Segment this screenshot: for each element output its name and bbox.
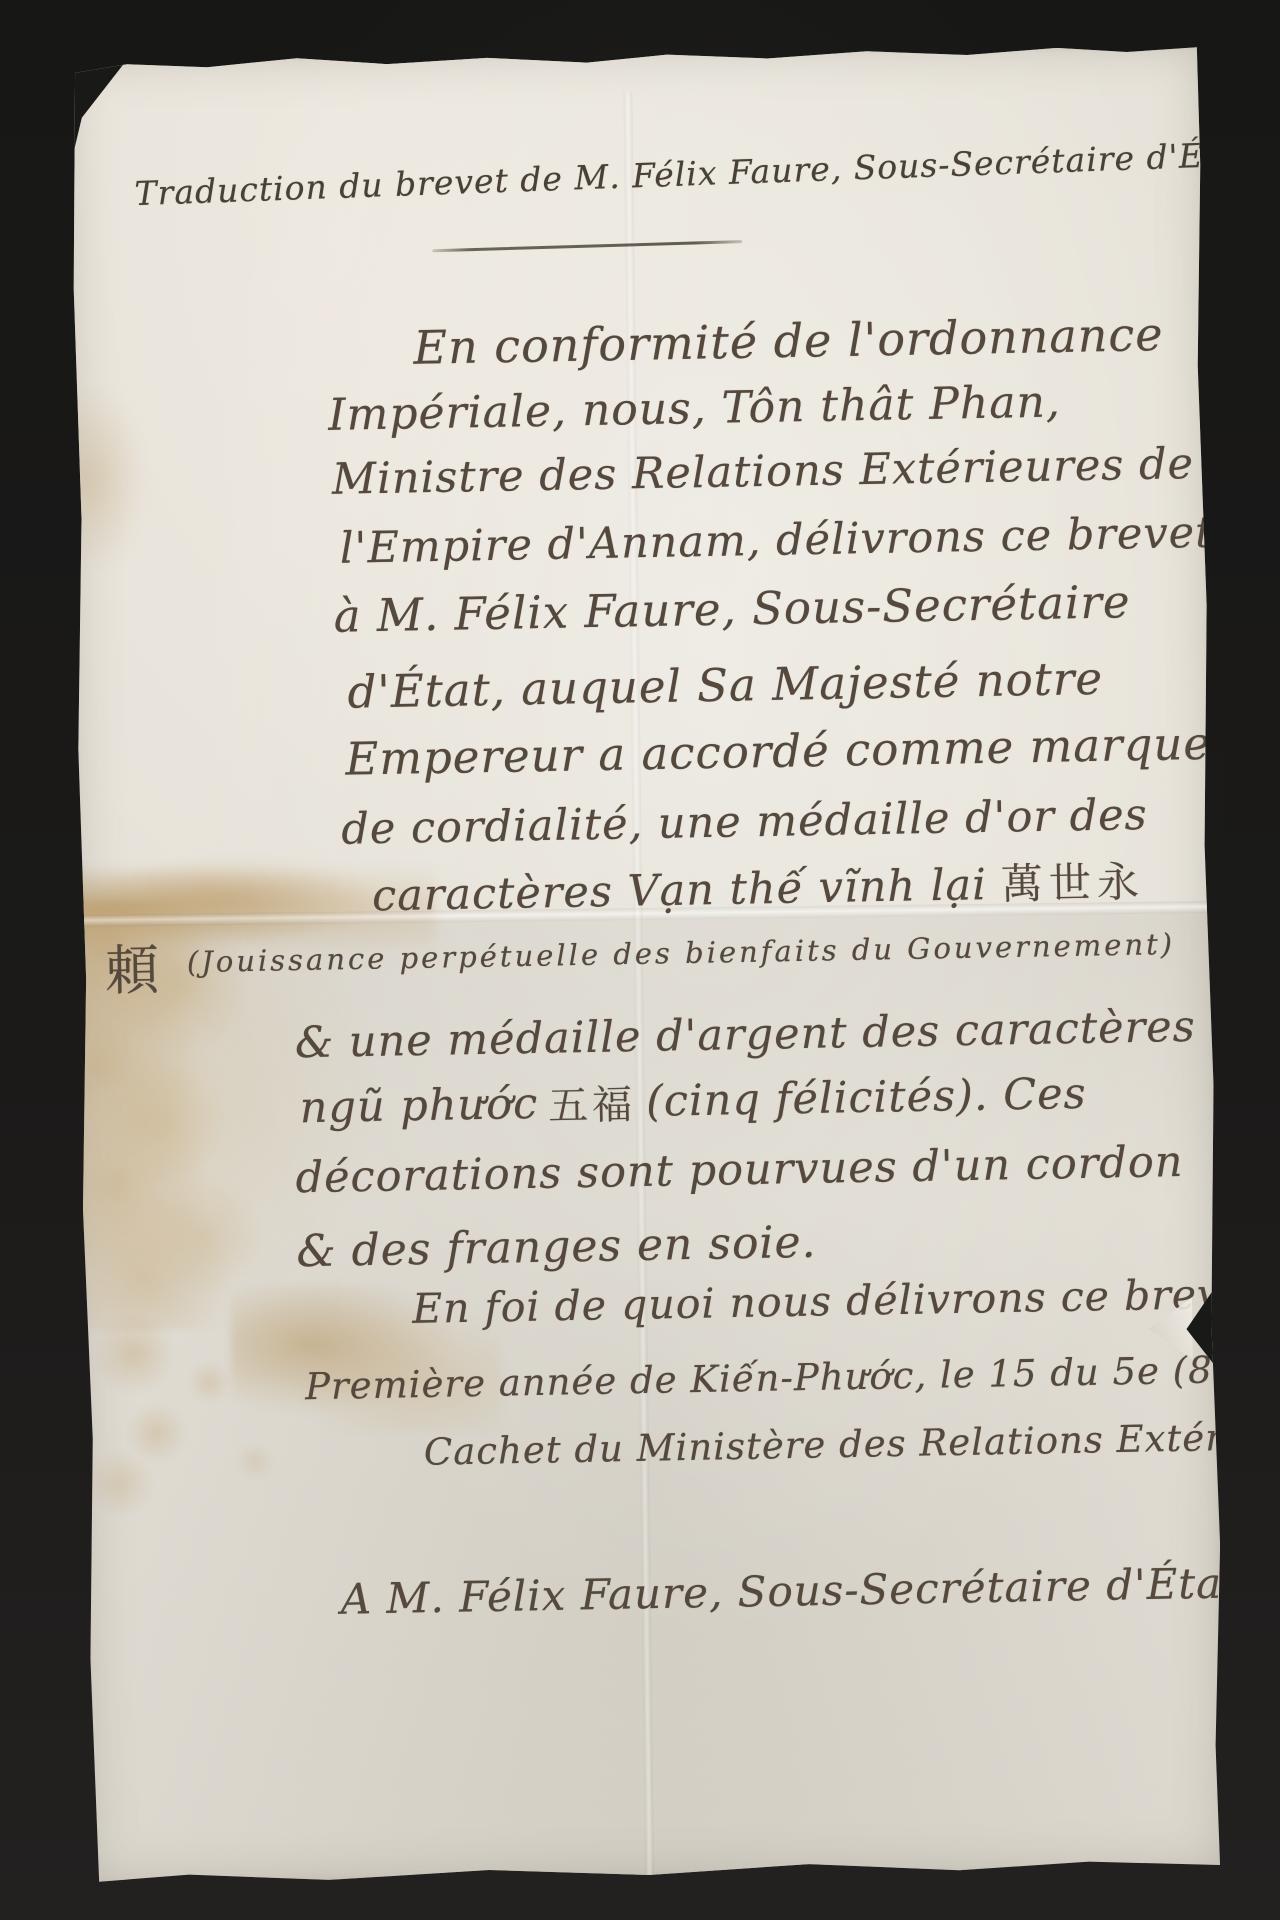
cjk-ngu-phuoc: 五福 [548, 1082, 637, 1130]
line-text: ngũ phước [299, 1079, 538, 1133]
photo-background: Traduction du brevet de M. Félix Faure, … [0, 0, 1280, 1920]
body-line: Impériale, nous, Tôn thât Phan, [328, 380, 1061, 437]
water-stain-upper-left [67, 383, 149, 574]
title-underline [432, 240, 742, 252]
document-title: Traduction du brevet de M. Félix Faure, … [134, 134, 1265, 213]
torn-corner-top-left [59, 52, 134, 171]
body-line: Empereur a accordé comme marque [345, 721, 1211, 782]
body-line: de cordialité, une médaille d'or des [341, 794, 1148, 852]
body-line: à M. Félix Faure, Sous-Secrétaire [333, 579, 1131, 639]
cjk-lai: 頼 [104, 939, 161, 1003]
body-line: En conformité de l'ordonnance [413, 311, 1164, 371]
line-text: (cinq félicités). Ces [646, 1069, 1087, 1127]
body-line: Ministre des Relations Extérieures de [332, 443, 1195, 502]
body-line: d'État, auquel Sa Majesté notre [347, 656, 1103, 715]
document-paper: Traduction du brevet de M. Félix Faure, … [67, 45, 1224, 1884]
cjk-van-the-vinh-lai: 萬世永 [1000, 857, 1145, 909]
body-line: l'Empire d'Annam, délivrons ce brevet [340, 512, 1214, 571]
body-line: & des franges en soie. [296, 1221, 817, 1275]
